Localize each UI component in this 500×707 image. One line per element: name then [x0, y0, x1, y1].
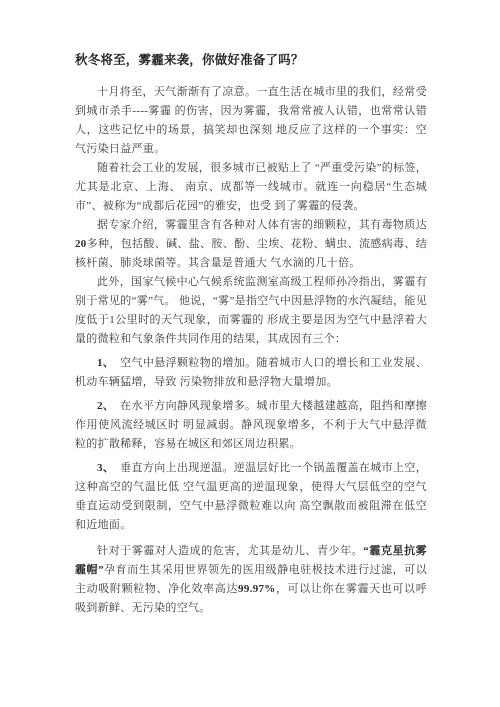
text-segment-bold: 99.97%: [238, 583, 276, 595]
text-segment-bold: 2、: [97, 400, 109, 412]
numbered-paragraph: 3、 垂直方向上出现逆温。逆温层好比一个锅盖覆盖在城市上空，这种高空的气温比低 …: [75, 459, 427, 535]
text-segment: 多种，包括酸、碱、盐、胺、酚、尘埃、花粉、螨虫、流感病毒、结核杆菌、肺炎球菌等。…: [75, 238, 427, 269]
paragraph: 据专家介绍，雾霾里含有各种对人体有害的细颗粒，其有毒物质达20多种，包括酸、碱、…: [75, 216, 427, 273]
paragraph: 十月将至，天气渐渐有了凉意。一直生活在城市里的我们，经常受到城市杀手----雾霾…: [75, 83, 427, 159]
text-segment: 针对于雾霾对人造成的危害，尤其是幼儿、青少年。: [97, 545, 363, 557]
text-segment-bold: 3、: [97, 462, 109, 474]
text-segment-bold: 1、: [97, 357, 109, 369]
text-segment: 垂直方向上出现逆温。逆温层好比一个锅盖覆盖在城市上空，这种高空的气温比低 空气温…: [75, 462, 427, 531]
text-segment: 十月将至，天气渐渐有了凉意。一直生活在城市里的我们，经常受到城市杀手----雾霾…: [75, 86, 427, 155]
text-segment: 随着社会工业的发展，很多城市已被贴上了 “严重受污染”的标签，尤其是北京、上海、…: [75, 162, 427, 212]
text-segment: 在水平方向静风现象增多。城市里大楼越建越高，阻挡和摩擦作用使风流经城区时 明显减…: [75, 400, 427, 450]
text-segment-bold: 20: [75, 238, 87, 250]
document-body: 十月将至，天气渐渐有了凉意。一直生活在城市里的我们，经常受到城市杀手----雾霾…: [75, 83, 427, 618]
paragraph: 此外，国家气候中心气候系统监测室高级工程师孙冷指出，雾霾有别于常见的“雾”气。 …: [75, 273, 427, 349]
text-segment: 据专家介绍，雾霾里含有各种对人体有害的细颗粒，其有毒物质达: [97, 219, 427, 231]
text-segment: 此外，国家气候中心气候系统监测室高级工程师孙冷指出，雾霾有别于常见的“雾”气。 …: [75, 276, 427, 345]
document-title: 秋冬将至，雾霾来袭，你做好准备了吗？: [75, 51, 427, 69]
numbered-paragraph: 1、 空气中悬浮颗粒物的增加。随着城市人口的增长和工业发展、机动车辆猛增，导致 …: [75, 354, 427, 392]
document-page: 秋冬将至，雾霾来袭，你做好准备了吗？ 十月将至，天气渐渐有了凉意。一直生活在城市…: [0, 0, 500, 707]
paragraph: 随着社会工业的发展，很多城市已被贴上了 “严重受污染”的标签，尤其是北京、上海、…: [75, 159, 427, 216]
numbered-paragraph: 2、 在水平方向静风现象增多。城市里大楼越建越高，阻挡和摩擦作用使风流经城区时 …: [75, 397, 427, 454]
text-segment: 空气中悬浮颗粒物的增加。随着城市人口的增长和工业发展、机动车辆猛增，导致 污染物…: [75, 357, 427, 388]
paragraph: 针对于雾霾对人造成的危害，尤其是幼儿、青少年。“霾克星抗雾霾帽”孕育而生其采用世…: [75, 542, 427, 618]
